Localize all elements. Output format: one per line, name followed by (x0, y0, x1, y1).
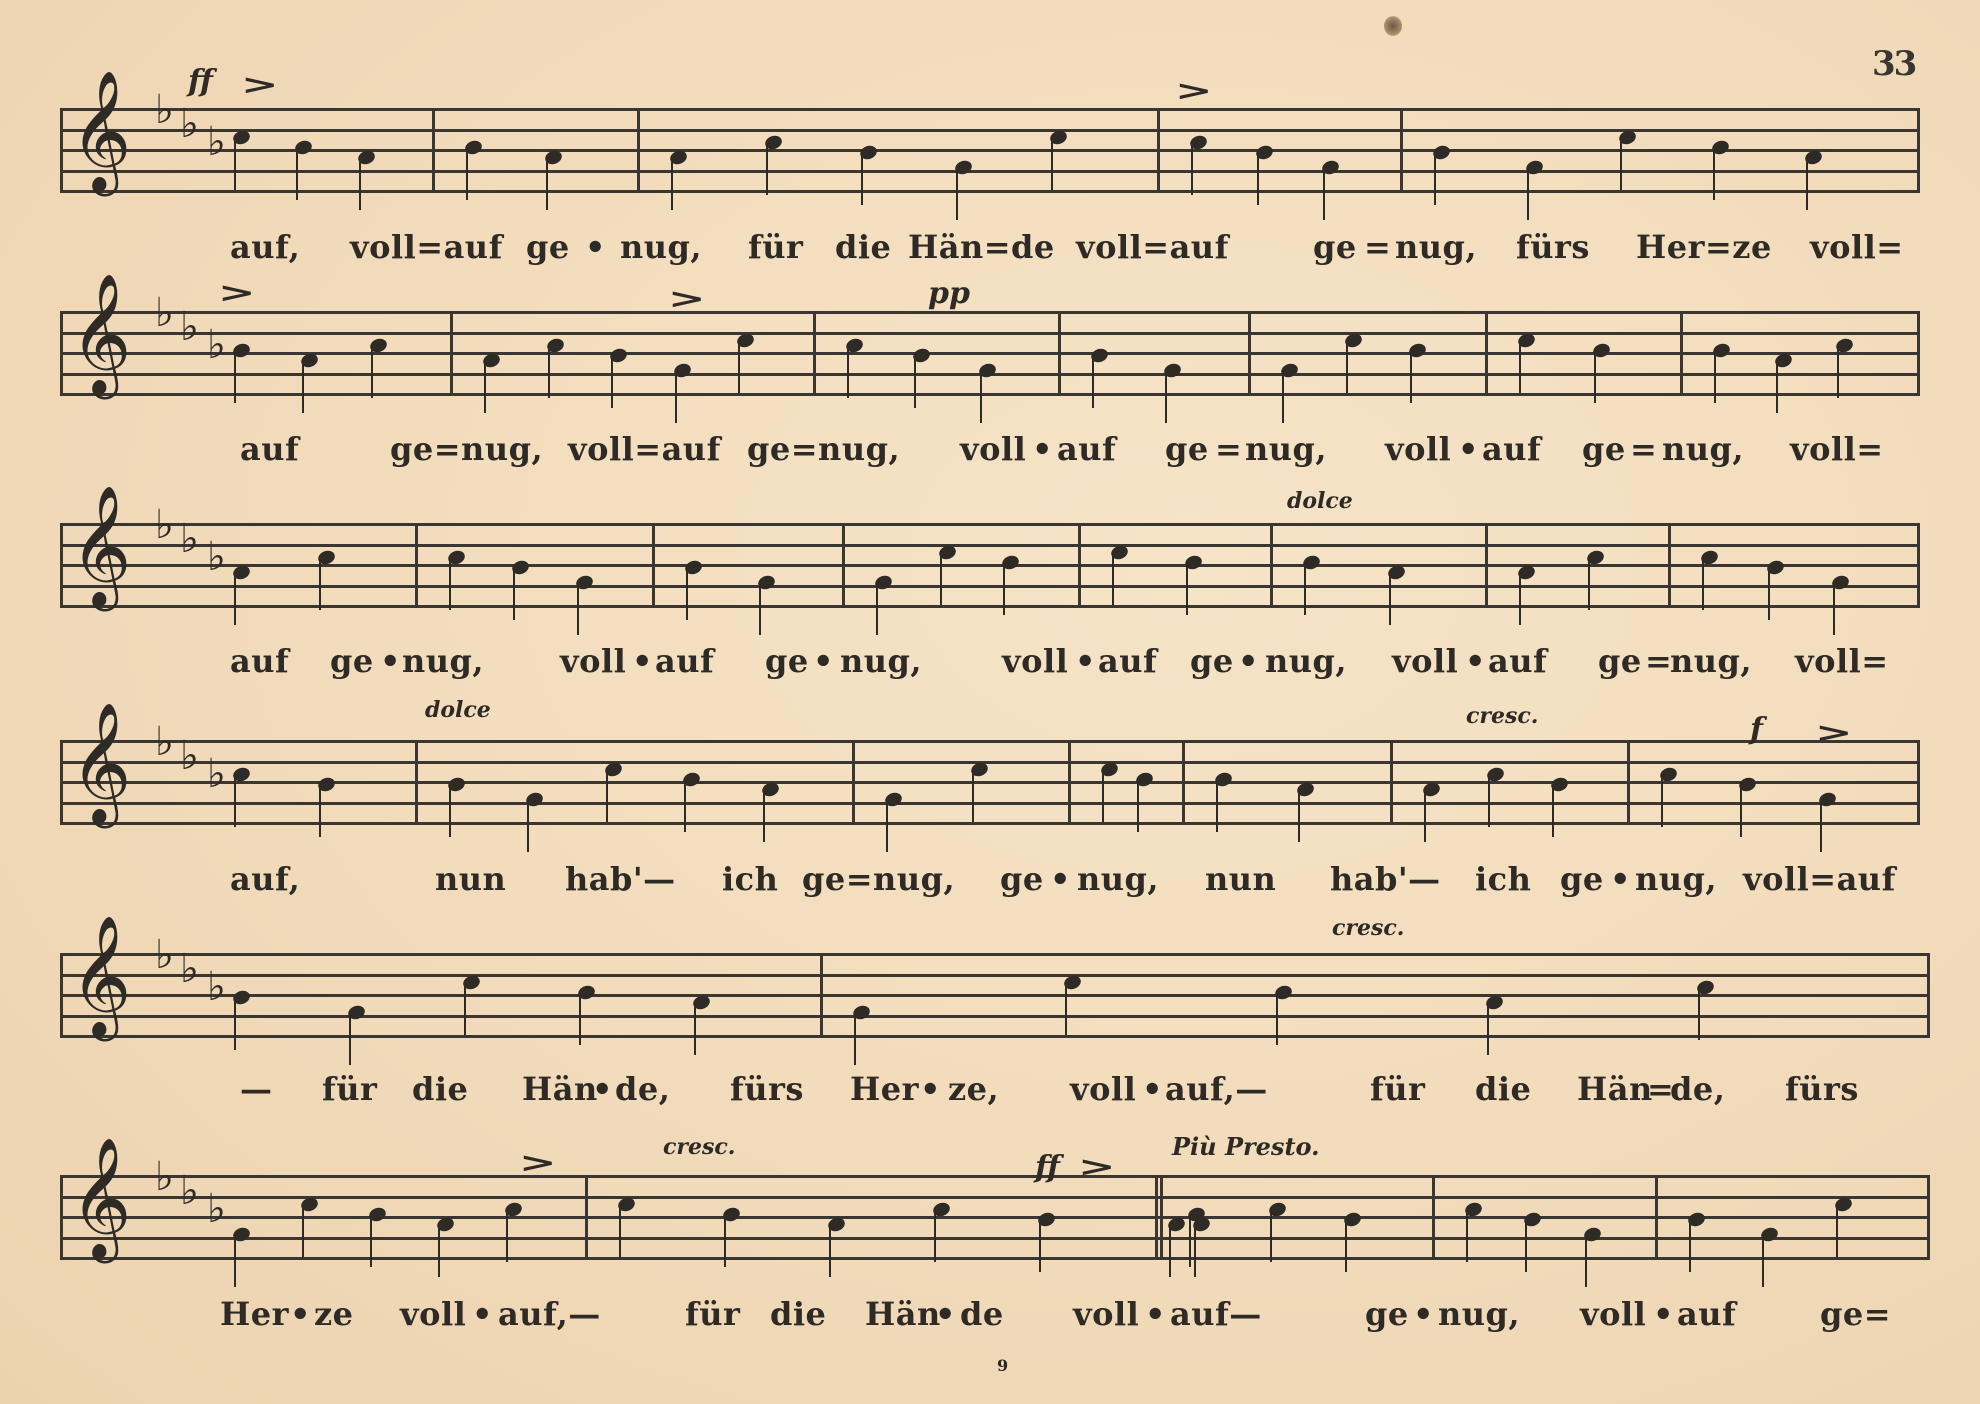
note-stem (886, 800, 888, 852)
staff-line (60, 544, 1920, 547)
lyric-syllable: auf (240, 430, 299, 468)
lyric-syllable: voll (1392, 642, 1458, 680)
note-stem (349, 1013, 351, 1065)
note-stem (1137, 780, 1139, 832)
note-stem (1051, 138, 1053, 190)
flat-icon: ♭ (207, 122, 226, 162)
note-stem (1837, 346, 1839, 398)
note-stem (1092, 356, 1094, 408)
lyric-syllable: ge= (1820, 1295, 1891, 1333)
lyric-syllable: auf,— (1165, 1070, 1268, 1108)
lyric-syllable: auf (1057, 430, 1116, 468)
note-stem (956, 168, 958, 220)
note-stem (466, 148, 468, 200)
staff-end-bar (1917, 311, 1920, 395)
note-stem (1346, 341, 1348, 393)
lyric-syllable: für (322, 1070, 377, 1108)
flat-icon: ♭ (180, 519, 199, 559)
flat-icon: ♭ (180, 307, 199, 347)
staff-line (60, 129, 1920, 132)
lyric-syllable: voll (560, 642, 626, 680)
accent-mark-icon: > (218, 276, 256, 309)
lyric-syllable: nug, (620, 228, 702, 266)
staff-line (60, 352, 1920, 355)
barline (1432, 1175, 1435, 1259)
lyric-syllable: ge (765, 642, 809, 680)
accent-mark-icon: > (668, 282, 706, 315)
note-stem (940, 553, 942, 605)
barline (1485, 523, 1488, 607)
lyric-syllable: • (1413, 1295, 1434, 1333)
lyric-syllable: voll (960, 430, 1026, 468)
note-stem (1702, 558, 1704, 610)
staff: 𝄞♭♭♭ (60, 523, 1920, 607)
note-stem (1585, 1235, 1587, 1287)
note-stem (1112, 553, 1114, 605)
note-stem (296, 148, 298, 200)
lyric-syllable: nun (435, 860, 506, 898)
lyric-syllable: voll (1070, 1070, 1136, 1108)
note-stem (1588, 558, 1590, 610)
note-stem (359, 158, 361, 210)
barline (450, 311, 453, 395)
note-stem (234, 775, 236, 827)
flat-icon: ♭ (155, 293, 174, 333)
note-stem (1039, 1220, 1041, 1272)
lyric-syllable: nug, (1265, 642, 1347, 680)
lyric-syllable: auf, (230, 228, 300, 266)
staff-line (60, 585, 1920, 588)
lyric-syllable: • (1032, 430, 1053, 468)
staff-line (60, 108, 1920, 111)
note-stem (234, 351, 236, 403)
note-stem (1194, 1225, 1196, 1277)
staff: 𝄞♭♭♭ (60, 1175, 1930, 1259)
note-stem (861, 153, 863, 205)
lyric-syllable: hab'— (565, 860, 676, 898)
barline (842, 523, 845, 607)
treble-clef-icon: 𝄞 (70, 78, 131, 182)
staff-line (60, 1035, 1930, 1038)
lyric-syllable: die (835, 228, 891, 266)
lyric-syllable: ge (1365, 1295, 1409, 1333)
treble-clef-icon: 𝄞 (70, 1145, 131, 1249)
lyric-syllable: voll= (1795, 642, 1889, 680)
staff-line (60, 149, 1920, 152)
flat-icon: ♭ (207, 537, 226, 577)
barline (1390, 740, 1393, 824)
staff-line (60, 1237, 1930, 1240)
lyric-syllable: für (748, 228, 803, 266)
note-stem (1410, 351, 1412, 403)
note-stem (684, 780, 686, 832)
lyric-syllable: ge (1190, 642, 1234, 680)
lyric-syllable: ge=nug, (390, 430, 543, 468)
note-stem (1820, 800, 1822, 852)
flat-icon: ♭ (180, 736, 199, 776)
staff-end-bar (1927, 953, 1930, 1037)
lyric-syllable: voll=auf (568, 430, 721, 468)
flat-icon: ♭ (180, 949, 199, 989)
lyric-syllable: • (935, 1295, 956, 1333)
staff: 𝄞♭♭♭ (60, 740, 1920, 824)
lyric-syllable: nug, (1395, 228, 1477, 266)
note-stem (1345, 1220, 1347, 1272)
lyric-syllable: auf,— (498, 1295, 601, 1333)
lyric-syllable: ich (1475, 860, 1531, 898)
lyric-syllable: Hän (522, 1070, 598, 1108)
lyric-syllable: • (813, 642, 834, 680)
barline (1655, 1175, 1658, 1259)
note-stem (1776, 361, 1778, 413)
barline (1182, 740, 1185, 824)
lyric-syllable: ge=nug, (747, 430, 900, 468)
lyric-syllable: de, (1670, 1070, 1725, 1108)
lyric-syllable: nug, (402, 642, 484, 680)
staff-line (60, 781, 1920, 784)
note-stem (1216, 780, 1218, 832)
staff: 𝄞♭♭♭ (60, 311, 1920, 395)
note-stem (1389, 573, 1391, 625)
lyric-syllable: voll (1073, 1295, 1139, 1333)
note-stem (234, 138, 236, 190)
note-stem (548, 346, 550, 398)
lyric-syllable: voll= (1810, 228, 1904, 266)
lyric-syllable: ge (526, 228, 570, 266)
note-stem (694, 1003, 696, 1055)
note-stem (1257, 153, 1259, 205)
lyric-syllable: • (472, 1295, 493, 1333)
note-stem (1186, 563, 1188, 615)
barline (1155, 1175, 1158, 1259)
lyric-syllable: auf (655, 642, 714, 680)
note-stem (763, 790, 765, 842)
staff-line (60, 523, 1920, 526)
note-stem (1552, 785, 1554, 837)
note-stem (829, 1225, 831, 1277)
note-stem (606, 770, 608, 822)
lyric-syllable: nug, (840, 642, 922, 680)
lyric-syllable: • (632, 642, 653, 680)
lyric-syllable: ich (722, 860, 778, 898)
accent-mark-icon: > (241, 68, 279, 101)
note-stem (1836, 1205, 1838, 1257)
note-stem (577, 583, 579, 635)
lyric-syllable: ge (1560, 860, 1604, 898)
lyric-syllable: die (770, 1295, 826, 1333)
barline (820, 953, 823, 1037)
lyric-syllable: ge (330, 642, 374, 680)
staff-line (60, 311, 1920, 314)
lyric-syllable: • (920, 1070, 941, 1108)
note-stem (934, 1210, 936, 1262)
note-stem (671, 158, 673, 210)
note-stem (611, 356, 613, 408)
flat-icon: ♭ (180, 1171, 199, 1211)
lyric-syllable: • (585, 228, 606, 266)
accent-mark-icon: > (519, 1146, 557, 1179)
staff-line (60, 1175, 1930, 1178)
staff-start-bar (60, 1175, 63, 1259)
accent-mark-icon: > (1175, 74, 1213, 107)
staff-end-bar (1927, 1175, 1930, 1259)
staff-line (60, 605, 1920, 608)
flat-icon: ♭ (207, 967, 226, 1007)
staff-end-bar (1917, 523, 1920, 607)
paper-stain (1384, 16, 1402, 36)
note-stem (1487, 1003, 1489, 1055)
treble-clef-icon: 𝄞 (70, 710, 131, 814)
note-stem (1740, 785, 1742, 837)
staff-end-bar (1917, 108, 1920, 192)
lyric-syllable: ge=nug, (802, 860, 955, 898)
dynamic-marking: ff (1035, 1150, 1060, 1185)
tempo-marking: Più Presto. (1172, 1132, 1319, 1161)
note-stem (302, 361, 304, 413)
note-stem (876, 583, 878, 635)
lyric-syllable: = (1364, 228, 1391, 266)
note-stem (1270, 1210, 1272, 1262)
note-stem (1698, 988, 1700, 1040)
barline (1680, 311, 1683, 395)
barline (415, 740, 418, 824)
staff-line (60, 953, 1930, 956)
lyric-syllable: = (1645, 642, 1672, 680)
lyric-syllable: für (1370, 1070, 1425, 1108)
note-stem (319, 558, 321, 610)
lyric-syllable: auf (230, 642, 289, 680)
lyric-syllable: voll (1002, 642, 1068, 680)
staff-start-bar (60, 523, 63, 607)
lyric-syllable: • (1238, 642, 1259, 680)
lyric-syllable: hab'— (1330, 860, 1441, 898)
lyric-syllable: de (960, 1295, 1004, 1333)
note-stem (1298, 790, 1300, 842)
lyric-syllable: ze, (948, 1070, 999, 1108)
barline (585, 1175, 588, 1259)
barline (1160, 1175, 1163, 1259)
note-stem (980, 371, 982, 423)
lyric-syllable: voll (1385, 430, 1451, 468)
note-stem (1527, 168, 1529, 220)
lyric-syllable: ge (1313, 228, 1357, 266)
note-stem (234, 1235, 236, 1287)
lyric-syllable: • (1653, 1295, 1674, 1333)
lyric-syllable: auf (1488, 642, 1547, 680)
staff: 𝄞♭♭♭ (60, 953, 1930, 1037)
staff-start-bar (60, 953, 63, 1037)
staff: 𝄞♭♭♭ (60, 108, 1920, 192)
barline (1058, 311, 1061, 395)
lyric-syllable: • (1050, 860, 1071, 898)
lyric-syllable: fürs (730, 1070, 804, 1108)
note-stem (1434, 153, 1436, 205)
lyric-syllable: voll= (1790, 430, 1884, 468)
note-stem (579, 993, 581, 1045)
note-stem (484, 361, 486, 413)
expression-marking: cresc. (663, 1134, 735, 1160)
lyric-syllable: Her (850, 1070, 919, 1108)
staff-line (60, 1196, 1930, 1199)
note-stem (854, 1013, 856, 1065)
lyric-syllable: auf (1098, 642, 1157, 680)
barline (1157, 108, 1160, 192)
barline (852, 740, 855, 824)
note-stem (1165, 371, 1167, 423)
lyric-syllable: ge (1598, 642, 1642, 680)
note-stem (759, 583, 761, 635)
note-stem (972, 770, 974, 822)
staff-line (60, 1216, 1930, 1219)
treble-clef-icon: 𝄞 (70, 281, 131, 385)
lyric-syllable: die (1475, 1070, 1531, 1108)
dynamic-marking: f (1750, 712, 1763, 747)
lyric-syllable: ge (1165, 430, 1209, 468)
staff-line (60, 332, 1920, 335)
lyric-syllable: nug, (1077, 860, 1159, 898)
note-stem (234, 998, 236, 1050)
note-stem (1833, 583, 1835, 635)
note-stem (847, 346, 849, 398)
note-stem (914, 356, 916, 408)
lyric-syllable: • (1145, 1295, 1166, 1333)
lyric-syllable: fürs (1516, 228, 1590, 266)
lyric-syllable: — (240, 1070, 273, 1108)
accent-mark-icon: > (1815, 716, 1853, 749)
note-stem (1488, 775, 1490, 827)
note-stem (1689, 1220, 1691, 1272)
lyric-syllable: nug, (1635, 860, 1717, 898)
lyric-syllable: nun (1205, 860, 1276, 898)
staff-line (60, 822, 1920, 825)
staff-start-bar (60, 108, 63, 192)
lyric-syllable: • (1075, 642, 1096, 680)
lyric-syllable: = (1215, 430, 1242, 468)
note-stem (449, 558, 451, 610)
lyric-syllable: voll (400, 1295, 466, 1333)
lyric-syllable: voll=auf (1743, 860, 1896, 898)
staff-line (60, 393, 1920, 396)
lyric-syllable: • (380, 642, 401, 680)
note-stem (1768, 568, 1770, 620)
note-stem (370, 1215, 372, 1267)
barline (1270, 523, 1273, 607)
expression-marking: dolce (425, 697, 491, 723)
staff-line (60, 802, 1920, 805)
barline (637, 108, 640, 192)
lyric-syllable: • (592, 1070, 613, 1108)
flat-icon: ♭ (155, 505, 174, 545)
note-stem (1620, 138, 1622, 190)
note-stem (1806, 158, 1808, 210)
lyric-syllable: Hän (1577, 1070, 1653, 1108)
lyric-syllable: auf (1677, 1295, 1736, 1333)
staff-line (60, 761, 1920, 764)
note-stem (1525, 1220, 1527, 1272)
note-stem (738, 341, 740, 393)
note-stem (1276, 993, 1278, 1045)
staff-line (60, 740, 1920, 743)
flat-icon: ♭ (207, 1189, 226, 1229)
note-stem (1714, 351, 1716, 403)
lyric-syllable: • (1465, 642, 1486, 680)
note-stem (1191, 143, 1193, 195)
barline (813, 311, 816, 395)
expression-marking: dolce (1287, 488, 1353, 514)
treble-clef-icon: 𝄞 (70, 923, 131, 1027)
lyric-syllable: Hän=de (908, 228, 1055, 266)
lyric-syllable: auf, (230, 860, 300, 898)
note-stem (686, 568, 688, 620)
flat-icon: ♭ (155, 722, 174, 762)
note-stem (513, 568, 515, 620)
barline (1668, 523, 1671, 607)
note-stem (1282, 371, 1284, 423)
note-stem (1713, 148, 1715, 200)
expression-marking: cresc. (1332, 915, 1404, 941)
flat-icon: ♭ (155, 1157, 174, 1197)
lyric-syllable: • (1610, 860, 1631, 898)
barline (1627, 740, 1630, 824)
dynamic-marking: ff (188, 64, 213, 99)
note-stem (527, 800, 529, 852)
barline (1485, 311, 1488, 395)
note-stem (319, 785, 321, 837)
note-stem (234, 573, 236, 625)
note-stem (1519, 341, 1521, 393)
note-stem (1466, 1210, 1468, 1262)
accent-mark-icon: > (1078, 1150, 1116, 1183)
lyric-syllable: fürs (1785, 1070, 1859, 1108)
note-stem (619, 1205, 621, 1257)
note-stem (675, 371, 677, 423)
barline (652, 523, 655, 607)
staff-start-bar (60, 740, 63, 824)
barline (1078, 523, 1081, 607)
lyric-syllable: nug, (1438, 1295, 1520, 1333)
expression-marking: cresc. (1466, 703, 1538, 729)
flat-icon: ♭ (207, 325, 226, 365)
lyric-syllable: für (685, 1295, 740, 1333)
staff-start-bar (60, 311, 63, 395)
flat-icon: ♭ (155, 90, 174, 130)
note-stem (1762, 1235, 1764, 1287)
barline (1068, 740, 1071, 824)
note-stem (1424, 790, 1426, 842)
barline (415, 523, 418, 607)
note-stem (1661, 775, 1663, 827)
note-stem (1519, 573, 1521, 625)
note-stem (464, 983, 466, 1035)
staff-line (60, 170, 1920, 173)
lyric-syllable: • (1458, 430, 1479, 468)
lyric-syllable: de, (615, 1070, 670, 1108)
note-stem (1323, 168, 1325, 220)
flat-icon: ♭ (207, 754, 226, 794)
lyric-syllable: = (1630, 430, 1657, 468)
note-stem (449, 785, 451, 837)
note-stem (506, 1210, 508, 1262)
treble-clef-icon: 𝄞 (70, 493, 131, 597)
lyric-syllable: voll=auf (1076, 228, 1229, 266)
lyric-syllable: ge (1000, 860, 1044, 898)
note-stem (371, 346, 373, 398)
lyric-syllable: Her (220, 1295, 289, 1333)
lyric-syllable: auf— (1170, 1295, 1262, 1333)
barline (1400, 108, 1403, 192)
lyric-syllable: Hän (865, 1295, 941, 1333)
note-stem (1594, 351, 1596, 403)
